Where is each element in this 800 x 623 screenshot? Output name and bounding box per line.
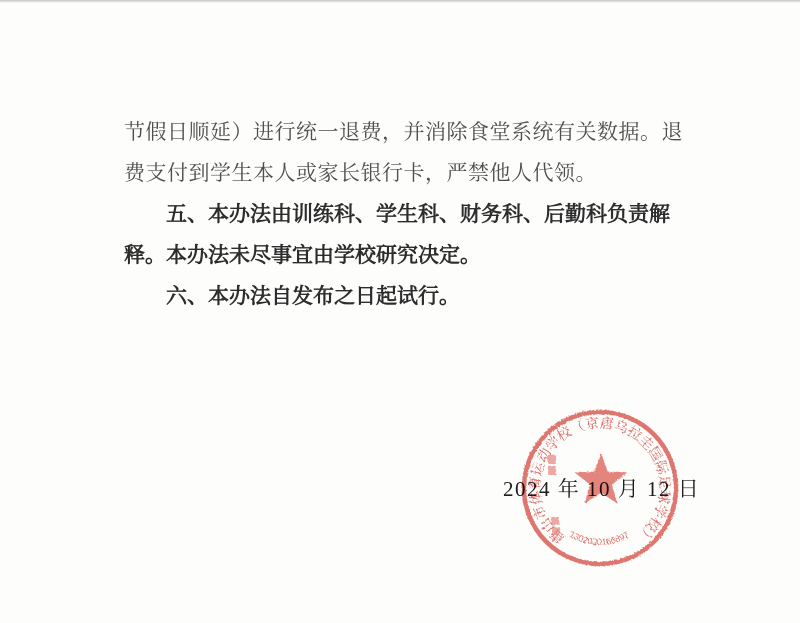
body-line-refund-1: 节假日顺延）进行统一退费，并消除食堂系统有关数据。退 [124, 112, 684, 153]
body-line-item6: 六、本办法自发布之日起试行。 [124, 276, 684, 317]
scan-top-edge-artifact [0, 0, 800, 3]
body-line-item5-1: 五、本办法由训练科、学生科、财务科、后勤科负责解 [124, 194, 684, 235]
body-line-refund-2: 费支付到学生本人或家长银行卡，严禁他人代领。 [124, 153, 684, 194]
seal-code: 1302030166897 [568, 529, 631, 547]
body-line-item5-2: 释。本办法未尽事宜由学校研究决定。 [124, 235, 684, 276]
seal-code-text: 1302030166897 [568, 529, 631, 547]
document-text-block: 节假日顺延）进行统一退费，并消除食堂系统有关数据。退 费支付到学生本人或家长银行… [124, 112, 684, 317]
issue-date: 2024 年 10 月 12 日 [503, 477, 700, 501]
scanned-document-page: 节假日顺延）进行统一退费，并消除食堂系统有关数据。退 费支付到学生本人或家长银行… [0, 0, 800, 623]
